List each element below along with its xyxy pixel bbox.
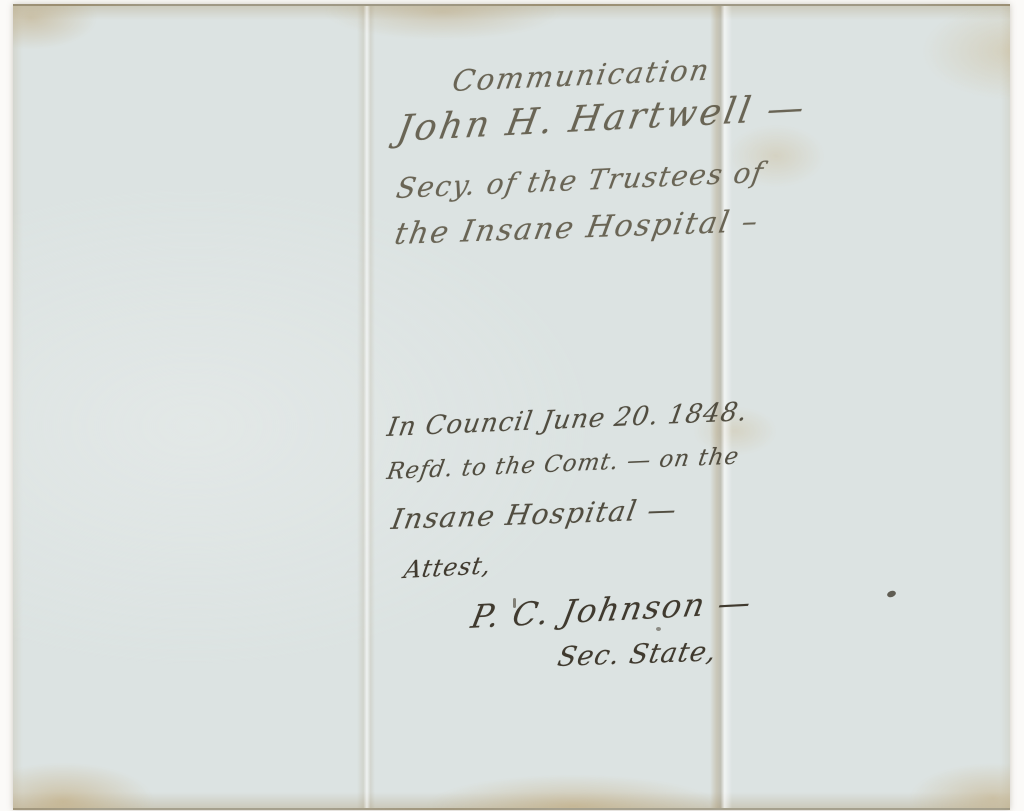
- endorsement-council-date: In Council June 20. 1848.: [385, 397, 750, 443]
- document-paper: Communication John H. Hartwell — Secy. o…: [13, 4, 1010, 810]
- ink-blot: [513, 598, 516, 608]
- scanner-background: Communication John H. Hartwell — Secy. o…: [0, 0, 1024, 811]
- docket-author-role-2: the Insane Hospital –: [392, 204, 762, 252]
- fold-crease-left: [357, 6, 375, 808]
- endorsement-referral: Refd. to the Comt. — on the: [385, 443, 741, 485]
- endorsement-committee: Insane Hospital —: [389, 493, 680, 536]
- ink-blot: [886, 590, 897, 599]
- ink-blot: [656, 627, 661, 631]
- signature-title: Sec. State,: [555, 636, 720, 673]
- attest-label: Attest,: [402, 551, 493, 584]
- docket-title: Communication: [450, 52, 713, 98]
